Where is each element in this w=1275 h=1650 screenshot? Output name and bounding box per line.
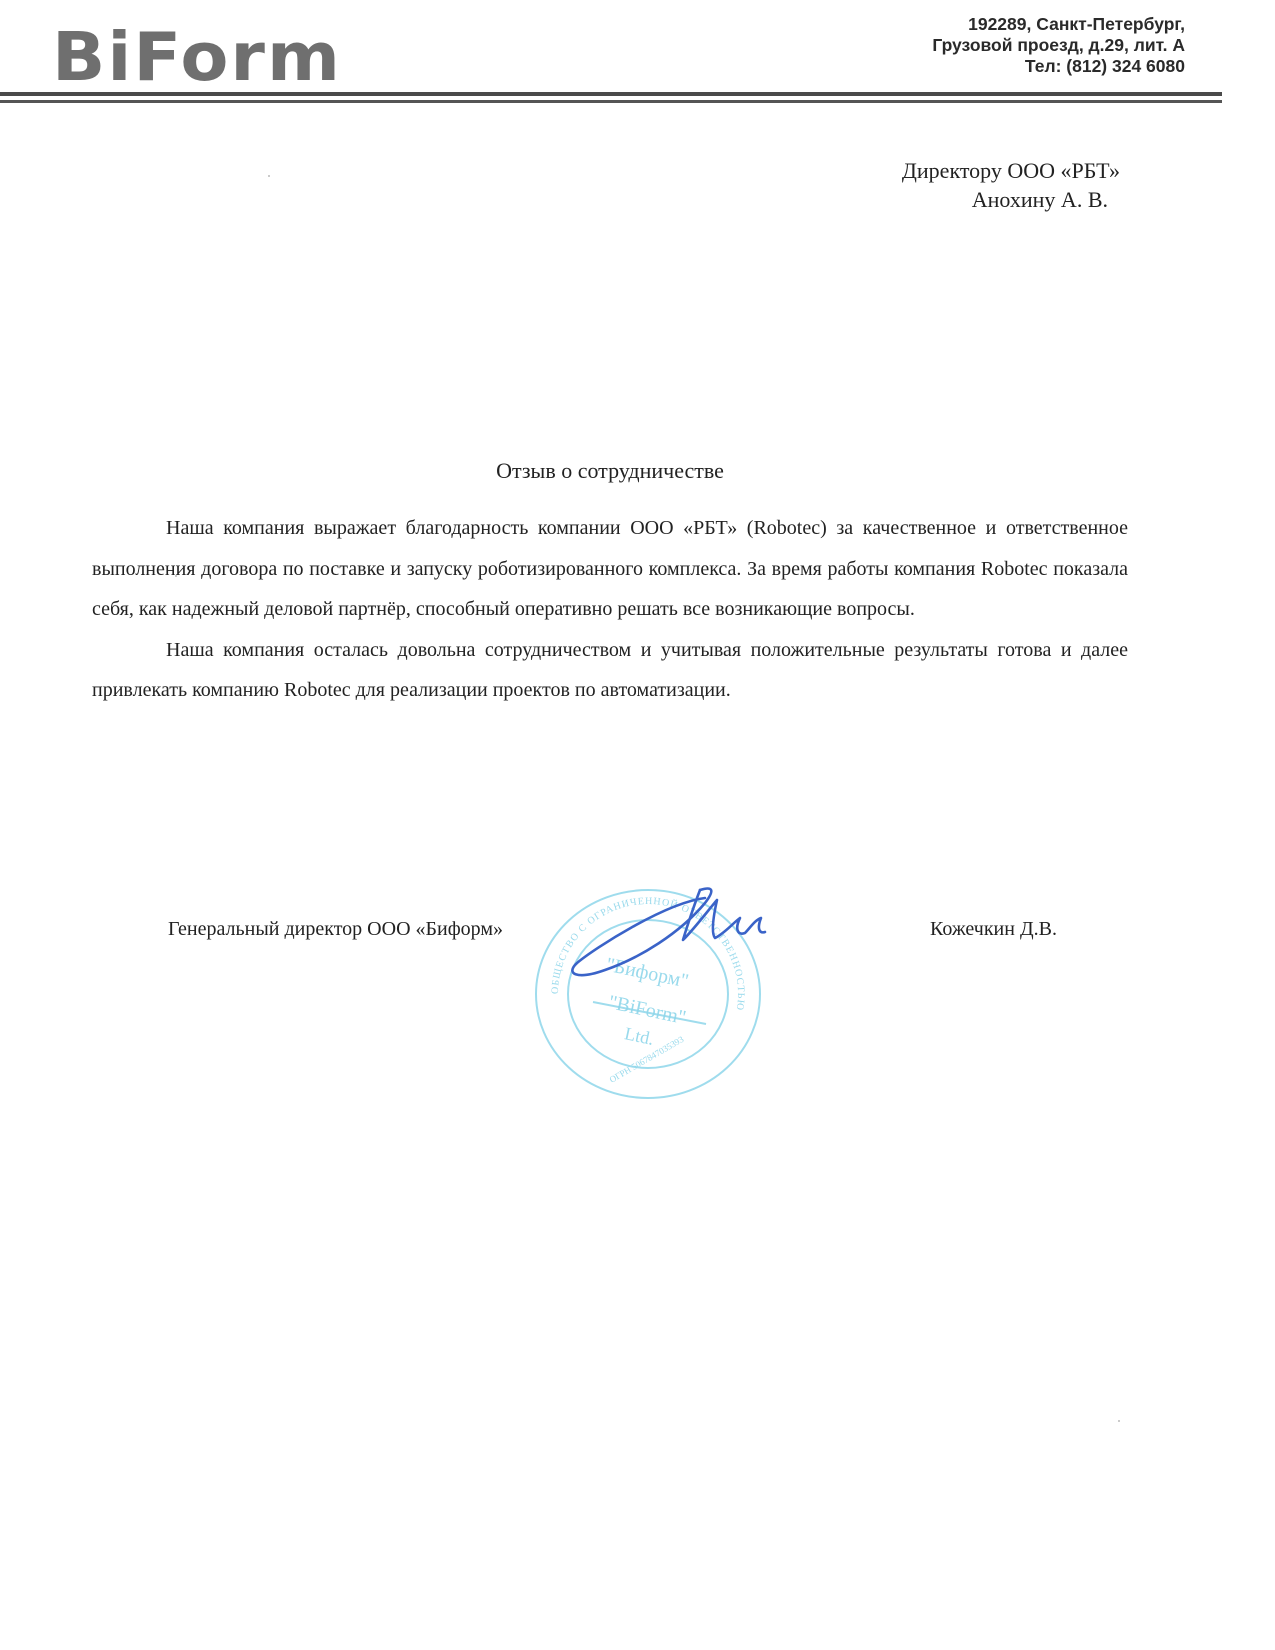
body-paragraph: Наша компания осталась довольна сотрудни… (92, 630, 1128, 711)
address-line: Грузовой проезд, д.29, лит. А (932, 35, 1185, 56)
letterhead-rule-top (0, 92, 1222, 96)
address-line: 192289, Санкт-Петербург, (932, 14, 1185, 35)
body-paragraph: Наша компания выражает благодарность ком… (92, 508, 1128, 630)
company-logo: BiForm (52, 24, 342, 91)
scan-speck (268, 175, 270, 177)
letterhead-address: 192289, Санкт-Петербург, Грузовой проезд… (932, 14, 1185, 77)
letterhead-rule-bottom (0, 100, 1222, 103)
scan-speck (175, 575, 177, 577)
recipient-block: Директору ООО «РБТ» Анохину А. В. (902, 156, 1120, 214)
recipient-name: Анохину А. В. (902, 185, 1108, 214)
signatory-position: Генеральный директор ООО «Биформ» (168, 918, 503, 941)
svg-text:Ltd.: Ltd. (623, 1023, 656, 1049)
recipient-position: Директору ООО «РБТ» (902, 156, 1120, 185)
letter-body: Наша компания выражает благодарность ком… (92, 508, 1128, 711)
scan-speck (1118, 1420, 1120, 1422)
letter-title: Отзыв о сотрудничестве (0, 458, 1220, 484)
handwritten-signature-icon (565, 878, 805, 988)
phone-line: Тел: (812) 324 6080 (932, 56, 1185, 77)
signatory-name: Кожечкин Д.В. (930, 918, 1057, 941)
svg-text:"BiForm": "BiForm" (607, 991, 688, 1029)
